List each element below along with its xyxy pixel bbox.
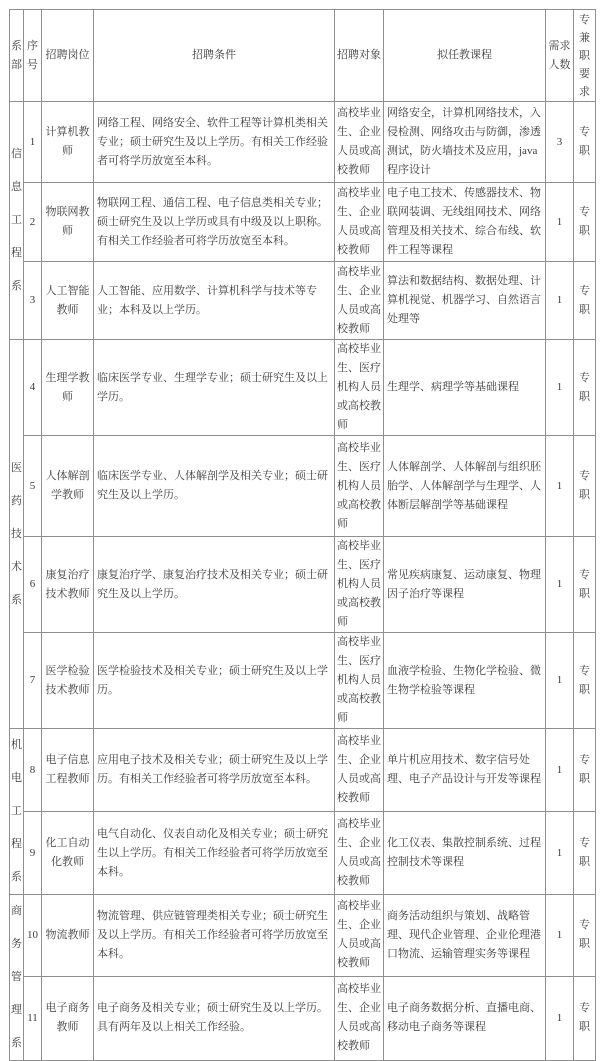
- courses-cell: 化工仪表、集散控制系统、过程控制技术等课程: [384, 812, 546, 895]
- table-row: 机电工程系 8 电子信息工程教师 应用电子技术及相关专业；硕士研究生及以上学历。…: [10, 729, 596, 812]
- seq-cell: 1: [24, 102, 42, 183]
- type-cell: 专职: [574, 436, 596, 537]
- header-courses: 拟任教课程: [384, 10, 546, 102]
- conditions-cell: 网络工程、网络安全、软件工程等计算机类相关专业；硕士研究生及以上学历。有相关工作…: [94, 102, 335, 183]
- target-cell: 高校毕业生、企业人员或高校教师: [335, 102, 384, 183]
- courses-cell: 常见疾病康复、运动康复、物理因子治疗等课程: [384, 537, 546, 633]
- table-row: 信息工程系 1 计算机教师 网络工程、网络安全、软件工程等计算机类相关专业；硕士…: [10, 102, 596, 183]
- type-cell: 专职: [574, 262, 596, 340]
- conditions-cell: 物流管理、供应链管理类相关专业；硕士研究生及以上学历。有相关工作经验者可将学历放…: [94, 895, 335, 977]
- conditions-cell: 物联网工程、通信工程、电子信息类相关专业；硕士研究生及以上学历或具有中级及以上职…: [94, 183, 335, 262]
- target-cell: 高校毕业生、医疗机构人员或高校教师: [335, 436, 384, 537]
- target-cell: 高校毕业生、医疗机构人员或高校教师: [335, 340, 384, 436]
- position-cell: 康复治疗技术教师: [42, 537, 94, 633]
- seq-cell: 4: [24, 340, 42, 436]
- header-conditions: 招聘条件: [94, 10, 335, 102]
- count-cell: 1: [546, 537, 574, 633]
- count-cell: 1: [546, 976, 574, 1060]
- table-row: 7 医学检验技术教师 医学检验技术及相关专业；硕士研究生及以上学历。 高校毕业生…: [10, 633, 596, 729]
- conditions-cell: 应用电子技术及相关专业；硕士研究生及以上学历。有相关工作经验者可将学历放宽至本科…: [94, 729, 335, 812]
- type-cell: 专职: [574, 895, 596, 977]
- position-cell: 物联网教师: [42, 183, 94, 262]
- count-cell: 1: [546, 812, 574, 895]
- count-cell: 1: [546, 183, 574, 262]
- department-cell: 机电工程系: [10, 729, 24, 895]
- table-row: 医药技术系 4 生理学教师 临床医学专业、生理学专业；硕士研究生及以上学历。 高…: [10, 340, 596, 436]
- seq-cell: 6: [24, 537, 42, 633]
- position-cell: 人工智能教师: [42, 262, 94, 340]
- target-cell: 高校毕业生、企业人员或高校教师: [335, 183, 384, 262]
- seq-cell: 8: [24, 729, 42, 812]
- count-cell: 1: [546, 340, 574, 436]
- table-row: 商务管理系 10 物流教师 物流管理、供应链管理类相关专业；硕士研究生及以上学历…: [10, 895, 596, 977]
- count-cell: 1: [546, 895, 574, 977]
- conditions-cell: 电气自动化、仪表自动化及相关专业；硕士研究生以上学历。有相关工作经验者可将学历放…: [94, 812, 335, 895]
- department-cell: 医药技术系: [10, 340, 24, 729]
- conditions-cell: 人工智能、应用数学、计算机科学与技术等专业；本科及以上学历。: [94, 262, 335, 340]
- conditions-cell: 康复治疗学、康复治疗技术及相关专业；硕士研究生及以上学历。: [94, 537, 335, 633]
- courses-cell: 血液学检验、生物化学检验、微生物学检验等课程: [384, 633, 546, 729]
- conditions-cell: 临床医学专业、生理学专业；硕士研究生及以上学历。: [94, 340, 335, 436]
- department-cell: 信息工程系: [10, 102, 24, 340]
- courses-cell: 人体解剖学、人体解剖与组织胚胎学、人体解剖学与生理学、人体断层解剖学等基础课程: [384, 436, 546, 537]
- type-cell: 专职: [574, 633, 596, 729]
- header-department: 系部: [10, 10, 24, 102]
- position-cell: 人体解剖学教师: [42, 436, 94, 537]
- type-cell: 专职: [574, 812, 596, 895]
- conditions-cell: 临床医学专业、人体解剖学及相关专业；硕士研究生及以上学历。: [94, 436, 335, 537]
- seq-cell: 2: [24, 183, 42, 262]
- count-cell: 1: [546, 633, 574, 729]
- table-row: 6 康复治疗技术教师 康复治疗学、康复治疗技术及相关专业；硕士研究生及以上学历。…: [10, 537, 596, 633]
- target-cell: 高校毕业生、企业人员或高校教师: [335, 262, 384, 340]
- header-target: 招聘对象: [335, 10, 384, 102]
- courses-cell: 单片机应用技术、数字信号处理、电子产品设计与开发等课程: [384, 729, 546, 812]
- seq-cell: 11: [24, 976, 42, 1060]
- position-cell: 医学检验技术教师: [42, 633, 94, 729]
- table-header-row: 系部 序号 招聘岗位 招聘条件 招聘对象 拟任教课程 需求人数 专兼职要求: [10, 10, 596, 102]
- courses-cell: 生理学、病理学等基础课程: [384, 340, 546, 436]
- conditions-cell: 医学检验技术及相关专业；硕士研究生及以上学历。: [94, 633, 335, 729]
- type-cell: 专职: [574, 340, 596, 436]
- position-cell: 电子信息工程教师: [42, 729, 94, 812]
- table-row: 2 物联网教师 物联网工程、通信工程、电子信息类相关专业；硕士研究生及以上学历或…: [10, 183, 596, 262]
- conditions-cell: 电子商务及相关专业；硕士研究生及以上学历。具有两年及以上相关工作经验。: [94, 976, 335, 1060]
- target-cell: 高校毕业生、企业人员或高校教师: [335, 895, 384, 977]
- courses-cell: 算法和数据结构、数据处理、计算机视觉、机器学习、自然语言处理等: [384, 262, 546, 340]
- courses-cell: 电子商务数据分析、直播电商、移动电子商务等课程: [384, 976, 546, 1060]
- courses-cell: 商务活动组织与策划、战略管理、现代企业管理、企业伦理港口物流、运输管理实务等课程: [384, 895, 546, 977]
- target-cell: 高校毕业生、企业人员或高校教师: [335, 729, 384, 812]
- recruitment-table: 系部 序号 招聘岗位 招聘条件 招聘对象 拟任教课程 需求人数 专兼职要求 信息…: [9, 9, 596, 1061]
- table-row: 9 化工自动化教师 电气自动化、仪表自动化及相关专业；硕士研究生以上学历。有相关…: [10, 812, 596, 895]
- table-row: 11 电子商务教师 电子商务及相关专业；硕士研究生及以上学历。具有两年及以上相关…: [10, 976, 596, 1060]
- header-position: 招聘岗位: [42, 10, 94, 102]
- header-count: 需求人数: [546, 10, 574, 102]
- seq-cell: 7: [24, 633, 42, 729]
- seq-cell: 3: [24, 262, 42, 340]
- position-cell: 生理学教师: [42, 340, 94, 436]
- courses-cell: 电子电工技术、传感器技术、物联网装调、无线组网技术、网络管理及相关技术、综合布线…: [384, 183, 546, 262]
- position-cell: 电子商务教师: [42, 976, 94, 1060]
- target-cell: 高校毕业生、企业人员或高校教师: [335, 976, 384, 1060]
- target-cell: 高校毕业生、医疗机构人员或高校教师: [335, 537, 384, 633]
- header-type: 专兼职要求: [574, 10, 596, 102]
- position-cell: 物流教师: [42, 895, 94, 977]
- count-cell: 1: [546, 436, 574, 537]
- type-cell: 专职: [574, 729, 596, 812]
- count-cell: 1: [546, 729, 574, 812]
- document-sheet: 系部 序号 招聘岗位 招聘条件 招聘对象 拟任教课程 需求人数 专兼职要求 信息…: [0, 0, 603, 1061]
- count-cell: 3: [546, 102, 574, 183]
- count-cell: 1: [546, 262, 574, 340]
- seq-cell: 5: [24, 436, 42, 537]
- type-cell: 专职: [574, 537, 596, 633]
- target-cell: 高校毕业生、医疗机构人员或高校教师: [335, 633, 384, 729]
- table-row: 5 人体解剖学教师 临床医学专业、人体解剖学及相关专业；硕士研究生及以上学历。 …: [10, 436, 596, 537]
- type-cell: 专职: [574, 976, 596, 1060]
- table-row: 3 人工智能教师 人工智能、应用数学、计算机科学与技术等专业；本科及以上学历。 …: [10, 262, 596, 340]
- header-seq: 序号: [24, 10, 42, 102]
- courses-cell: 网络安全，计算机网络技术，入侵检测、网络攻击与防御，渗透测试，防火墙技术及应用，…: [384, 102, 546, 183]
- type-cell: 专职: [574, 102, 596, 183]
- department-cell: 商务管理系: [10, 895, 24, 1061]
- seq-cell: 9: [24, 812, 42, 895]
- target-cell: 高校毕业生、企业人员或高校教师: [335, 812, 384, 895]
- seq-cell: 10: [24, 895, 42, 977]
- position-cell: 计算机教师: [42, 102, 94, 183]
- position-cell: 化工自动化教师: [42, 812, 94, 895]
- type-cell: 专职: [574, 183, 596, 262]
